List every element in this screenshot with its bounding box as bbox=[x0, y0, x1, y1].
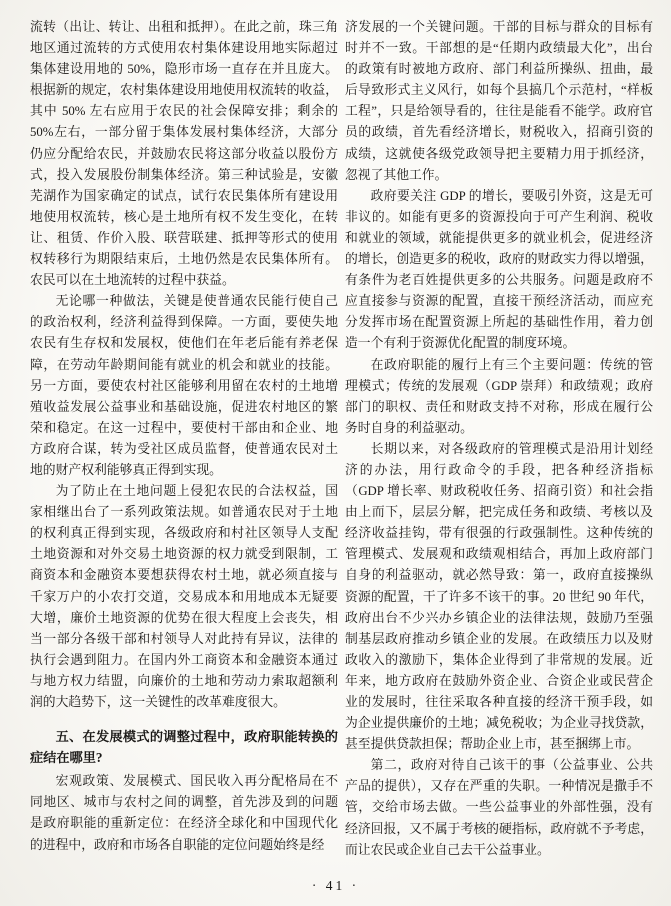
text-line: 的政策有时被地方政府、部门利益所操纵、扭曲，最 bbox=[345, 59, 653, 80]
text-line: 时并不一致。干部想的是“任期内政绩最大化”，出台 bbox=[345, 38, 653, 59]
text-line: 非议的。如能有更多的资源投向于可产生利润、税收 bbox=[345, 207, 653, 228]
text-line: 第二，政府对待自己该干的事（公益事业、公共 bbox=[345, 755, 653, 776]
text-line: 管理模式、发展观和政绩观相结合，再加上政府部门 bbox=[345, 544, 653, 565]
text-line: 部门的职权、责任和财政支持不对称，形成在履行公 bbox=[345, 397, 653, 418]
paragraph: 为了防止在土地问题上侵犯农民的合法权益，国家相继出台了一系列政策法规。如普通农民… bbox=[30, 481, 338, 713]
text-line: 政府出台不少兴办乡镇企业的法律法规，鼓励乃至强 bbox=[345, 608, 653, 629]
text-line: 执行会遇到阻力。在国内外工商资本和金融资本通过 bbox=[30, 650, 338, 671]
text-line: 方政府合谋，转为受社区成员监督，使普通农民对土 bbox=[30, 439, 338, 460]
text-line: 芜湖作为国家确定的试点，试行农民集体所有建设用 bbox=[30, 186, 338, 207]
text-line: 大增，廉价土地资源的优势在很大程度上会丧失，相 bbox=[30, 608, 338, 629]
text-line: 的权利真正得到实现，各级政府和村社区领导人支配 bbox=[30, 523, 338, 544]
text-line: 为了防止在土地问题上侵犯农民的合法权益，国 bbox=[30, 481, 338, 502]
text-line: 集体建设用地的 50%，隐形市场一直存在并且庞大。 bbox=[30, 59, 338, 80]
text-line: 其中 50% 左右应用于农民的社会保障安排；剩余的 bbox=[30, 101, 338, 122]
text-line: 式，投入发展股份制集体经济。第三种试验是，安徽 bbox=[30, 165, 338, 186]
text-line: 润的大趋势下，这一关键性的改革难度很大。 bbox=[30, 692, 338, 713]
paragraph: 在政府职能的履行上有三个主要问题：传统的管理模式；传统的发展观（GDP 崇拜）和… bbox=[345, 355, 653, 439]
paragraph: 宏观政策、发展模式、国民收入再分配格局在不同地区、城市与农村之间的调整，首先涉及… bbox=[30, 771, 338, 855]
text-line: 甚至提供贷款担保；帮助企业上市，甚至捆绑上市。 bbox=[345, 734, 653, 755]
text-line: 理模式；传统的发展观（GDP 崇拜）和政绩观；政府 bbox=[345, 376, 653, 397]
text-line: 造一个有利于资源优化配置的制度环境。 bbox=[345, 333, 653, 354]
text-line: 工程”，只是给领导看的，往往是能看不能学。政府官 bbox=[345, 101, 653, 122]
text-line: 是政府职能的重新定位：在经济全球化和中国现代化 bbox=[30, 813, 338, 834]
paragraph: 长期以来，对各级政府的管理模式是沿用计划经济的办法，用行政命令的手段，把各种经济… bbox=[345, 439, 653, 755]
text-line: 济的办法，用行政命令的手段，把各种经济指标 bbox=[345, 460, 653, 481]
text-line: 分发挥市场在配置资源上所起的基础性作用，着力创 bbox=[345, 312, 653, 333]
document-page: 流转（出让、转让、出租和抵押）。在此之前，珠三角地区通过流转的方式使用农村集体建… bbox=[0, 0, 671, 906]
paragraph: 济发展的一个关键问题。干部的目标与群众的目标有时并不一致。干部想的是“任期内政绩… bbox=[345, 17, 653, 186]
text-line: 政府要关注 GDP 的增长，要吸引外资，这是无可 bbox=[345, 186, 653, 207]
text-line: 症结在哪里? bbox=[30, 747, 338, 768]
text-line: 宏观政策、发展模式、国民收入再分配格局在不 bbox=[30, 771, 338, 792]
text-line: 地的财产权利能够真正得到实现。 bbox=[30, 460, 338, 481]
text-line: 农民可以在土地流转的过程中获益。 bbox=[30, 270, 338, 291]
text-line: 有条件为老百姓提供更多的公共服务。问题是政府不 bbox=[345, 270, 653, 291]
text-line: 地区通过流转的方式使用农村集体建设用地实际超过 bbox=[30, 38, 338, 59]
text-line: 流转（出让、转让、出租和抵押）。在此之前，珠三角 bbox=[30, 17, 338, 38]
text-line: 应直接参与资源的配置，直接干预经济活动，而应充 bbox=[345, 291, 653, 312]
text-line: 的政治权利，经济利益得到保障。一方面，要使失地 bbox=[30, 312, 338, 333]
text-line: 无论哪一种做法，关键是使普通农民能行使自己 bbox=[30, 291, 338, 312]
paragraph: 无论哪一种做法，关键是使普通农民能行使自己的政治权利，经济利益得到保障。一方面，… bbox=[30, 291, 338, 481]
text-line: 产品的提供），又存在严重的失职。一种情况是撒手不 bbox=[345, 776, 653, 797]
text-line: 土地资源和对外交易土地资源的权力就受到限制，工 bbox=[30, 544, 338, 565]
text-line: 忽视了其他工作。 bbox=[345, 165, 653, 186]
text-line: 的增长，创造更多的税收，政府的财政实力得以增强， bbox=[345, 249, 653, 270]
text-line: 和就业的领域，就能提供更多的就业机会，促进经济 bbox=[345, 228, 653, 249]
text-line: 五、在发展模式的调整过程中，政府职能转换的 bbox=[30, 726, 338, 747]
text-line: 后导致形式主义风行，如每个县搞几个示范村，“样板 bbox=[345, 80, 653, 101]
text-line: 在政府职能的履行上有三个主要问题：传统的管 bbox=[345, 355, 653, 376]
text-line: 殖收益发展公益事业和基础设施，促进农村地区的繁 bbox=[30, 397, 338, 418]
text-line: （GDP 增长率、财政税收任务、招商引资）和社会指标 bbox=[345, 481, 653, 502]
text-line: 当一部分各级干部和村领导人对此持有异议，法律的 bbox=[30, 629, 338, 650]
text-line: 另一方面，要使农村社区能够利用留在农村的土地增 bbox=[30, 376, 338, 397]
text-line: 由上而下，层层分解，把完成任务和政绩、考核以及 bbox=[345, 502, 653, 523]
section-heading: 五、在发展模式的调整过程中，政府职能转换的症结在哪里? bbox=[30, 726, 338, 768]
text-line: 荣和稳定。在这一过程中，要使村干部由和企业、地 bbox=[30, 418, 338, 439]
text-line: 长期以来，对各级政府的管理模式是沿用计划经 bbox=[345, 439, 653, 460]
text-line: 经济收益挂钩，带有很强的行政强制性。这种传统的 bbox=[345, 523, 653, 544]
text-line: 员的政绩，首先看经济增长，财税收入，招商引资的 bbox=[345, 122, 653, 143]
text-line: 务时自身的利益驱动。 bbox=[345, 418, 653, 439]
text-line: 家相继出台了一系列政策法规。如普通农民对于土地 bbox=[30, 502, 338, 523]
two-column-text-block: 流转（出让、转让、出租和抵押）。在此之前，珠三角地区通过流转的方式使用农村集体建… bbox=[30, 17, 655, 861]
paragraph: 第二，政府对待自己该干的事（公益事业、公共产品的提供），又存在严重的失职。一种情… bbox=[345, 755, 653, 860]
text-line: 为企业提供廉价的土地；减免税收；为企业寻找贷款， bbox=[345, 713, 653, 734]
text-line: 经济回报，又不属于考核的硬指标，政府就不予考虑， bbox=[345, 819, 653, 840]
paragraph: 政府要关注 GDP 的增长，要吸引外资，这是无可非议的。如能有更多的资源投向于可… bbox=[345, 186, 653, 355]
text-line: 地使用权流转，核心是土地所有权不发生变化，在转 bbox=[30, 207, 338, 228]
left-column: 流转（出让、转让、出租和抵押）。在此之前，珠三角地区通过流转的方式使用农村集体建… bbox=[30, 17, 338, 861]
text-line: 障，在劳动年龄期间能有就业的机会和就业的技能。 bbox=[30, 355, 338, 376]
text-line: 的进程中，政府和市场各自职能的定位问题始终是经 bbox=[30, 835, 338, 856]
text-line: 千家万户的小农打交道，交易成本和用地成本无疑要 bbox=[30, 587, 338, 608]
text-line: 济发展的一个关键问题。干部的目标与群众的目标有 bbox=[345, 17, 653, 38]
text-line: 成绩，这就使各级党政领导把主要精力用于抓经济， bbox=[345, 144, 653, 165]
text-line: 年来，地方政府在鼓励外资企业、合资企业或民营企 bbox=[345, 671, 653, 692]
page-number: · 41 · bbox=[0, 878, 671, 894]
text-line: 政收入的激励下，集体企业得到了非常规的发展。近 bbox=[345, 650, 653, 671]
paragraph: 流转（出让、转让、出租和抵押）。在此之前，珠三角地区通过流转的方式使用农村集体建… bbox=[30, 17, 338, 291]
text-line: 商资本和金融资本要想获得农村土地，就必须直接与 bbox=[30, 565, 338, 586]
text-line: 权转移行为期限结束后，土地仍然是农民集体所有。 bbox=[30, 249, 338, 270]
text-line: 让、租赁、作价入股、联营联建、抵押等形式的使用 bbox=[30, 228, 338, 249]
text-line: 而让农民或企业自己去干公益事业。 bbox=[345, 840, 653, 861]
text-line: 50%左右，一部分留于集体发展村集体经济，大部分 bbox=[30, 122, 338, 143]
text-line: 仍应分配给农民，并鼓励农民将这部分收益以股份方 bbox=[30, 144, 338, 165]
text-line: 业的发展时，往往采取各种直接的经济干预手段，如 bbox=[345, 692, 653, 713]
text-line: 根据新的规定，农村集体建设用地使用权流转的收益， bbox=[30, 80, 338, 101]
text-line: 与地方权力结盟，向廉价的土地和劳动力索取超额利 bbox=[30, 671, 338, 692]
text-line: 制基层政府推动乡镇企业的发展。在政绩压力以及财 bbox=[345, 629, 653, 650]
text-line: 管，交给市场去做。一些公益事业的外部性强，没有 bbox=[345, 797, 653, 818]
text-line: 农民有生存权和发展权，使他们在年老后能有养老保 bbox=[30, 333, 338, 354]
text-line: 同地区、城市与农村之间的调整，首先涉及到的问题 bbox=[30, 792, 338, 813]
text-line: 资源的配置，干了许多不该干的事。20 世纪 90 年代， bbox=[345, 587, 653, 608]
right-column: 济发展的一个关键问题。干部的目标与群众的目标有时并不一致。干部想的是“任期内政绩… bbox=[345, 17, 653, 861]
text-line: 自身的利益驱动，就必然导致：第一，政府直接操纵 bbox=[345, 565, 653, 586]
